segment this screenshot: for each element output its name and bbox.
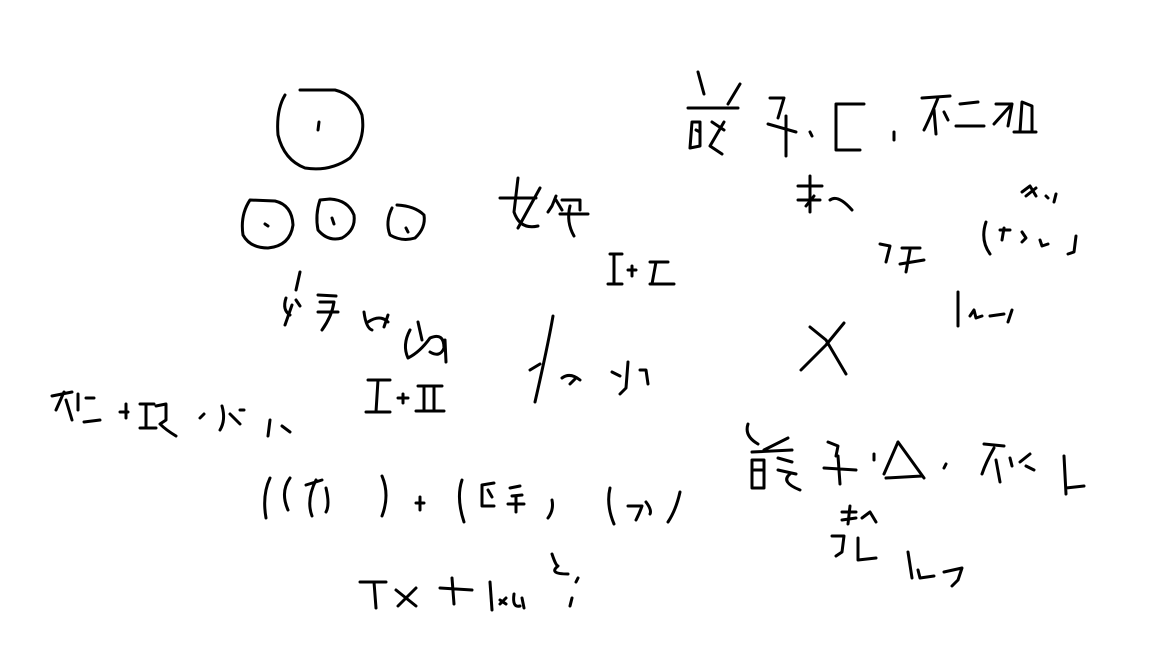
ink-group-right-title: handwritten: 酸子・F・不二雄 (approx.) [688, 72, 1036, 156]
ink-stroke [490, 582, 492, 610]
ink-stroke [1068, 236, 1076, 254]
ink-stroke [836, 104, 864, 150]
ink-stroke [830, 198, 852, 210]
ink-stroke [982, 444, 1012, 482]
ink-stroke [360, 582, 386, 608]
ink-stroke [318, 122, 319, 130]
ink-stroke [810, 132, 812, 136]
ink-stroke [862, 512, 876, 522]
ink-stroke [388, 205, 424, 239]
ink-stroke [628, 266, 636, 276]
ink-stroke [416, 497, 424, 510]
ink-stroke [832, 536, 844, 556]
ink-stroke [562, 375, 580, 384]
ink-stroke [396, 588, 416, 606]
ink-stroke [922, 96, 950, 134]
ink-stroke [500, 178, 540, 228]
ink-stroke [220, 406, 244, 430]
ink-group-right-title-2: handwritten: 酸子・A・不に上 (approx.) [747, 424, 1084, 494]
ink-stroke [798, 176, 822, 212]
ink-layer[interactable]: tree of circles: one large circle above … [0, 0, 1152, 648]
ink-stroke [508, 486, 524, 512]
ink-group-right-annotation: (ゴマし) with superscript 文い [984, 186, 1076, 254]
ink-stroke [1008, 310, 1012, 322]
ink-group-middle-formula: I + II [608, 254, 674, 284]
ink-group-circle-tree: tree of circles: one large circle above … [242, 90, 424, 248]
ink-group-right-bottom: 本人 フレ |レッ [832, 506, 962, 586]
ink-stroke [398, 394, 408, 403]
ink-stroke [944, 568, 962, 586]
ink-stroke [990, 314, 1004, 316]
ink-stroke [1040, 240, 1048, 246]
ink-stroke [560, 200, 588, 236]
ink-stroke [306, 480, 328, 516]
ink-stroke [332, 218, 334, 224]
ink-stroke [296, 272, 300, 290]
ink-group-right-mid-1: つま [880, 244, 924, 272]
ink-stroke [984, 222, 990, 254]
ink-stroke [405, 322, 446, 362]
ink-stroke [956, 102, 984, 126]
ink-stroke [120, 404, 128, 418]
ink-group-right-cross: × multiplication sign [801, 323, 846, 374]
ink-stroke [908, 552, 912, 578]
ink-group-right-mid-2: |2−1 [958, 292, 1012, 326]
ink-stroke [994, 102, 1036, 132]
ink-stroke [278, 90, 363, 169]
ink-stroke [317, 199, 354, 239]
ink-stroke [382, 476, 386, 516]
ink-stroke [824, 442, 856, 484]
ink-stroke [1000, 228, 1010, 240]
ink-stroke [810, 327, 846, 374]
ink-stroke [628, 502, 651, 520]
ink-stroke [284, 478, 290, 510]
ink-group-middle-expression: f × 3 (approx. 'f x じり') [530, 316, 648, 402]
ink-group-left-formula-1: I + II [366, 380, 444, 412]
ink-stroke [801, 323, 844, 370]
ink-stroke [1020, 454, 1034, 470]
ink-group-left-sentence: handwritten line: 水二十現みかん (approx.) [52, 392, 290, 436]
ink-stroke [285, 298, 300, 325]
ink-stroke [884, 442, 924, 478]
ink-stroke [880, 244, 890, 262]
ink-stroke [710, 122, 724, 154]
ink-stroke [78, 394, 100, 422]
ink-stroke [548, 196, 562, 212]
ink-stroke [548, 500, 553, 518]
ink-stroke [612, 362, 648, 394]
ink-stroke [366, 380, 390, 412]
ink-stroke [944, 464, 946, 468]
ink-stroke [200, 414, 204, 418]
ink-stroke [668, 492, 680, 522]
ink-stroke [1022, 186, 1036, 196]
ink-stroke [268, 420, 290, 436]
ink-stroke [265, 478, 270, 518]
ink-stroke [900, 248, 924, 272]
ink-stroke [608, 254, 622, 284]
ink-stroke [858, 538, 876, 560]
ink-stroke [265, 224, 268, 226]
ink-stroke [1064, 456, 1084, 494]
ink-stroke [530, 316, 553, 402]
ink-stroke [482, 483, 494, 506]
ink-group-left-word-1: handwritten: 緑やめ (approx.) [285, 272, 446, 362]
ink-group-left-formula-3: T × (十+1)x2 with superscript 2 [360, 554, 578, 610]
ink-stroke [500, 598, 506, 604]
ink-stroke [609, 488, 614, 524]
ink-stroke [570, 578, 578, 606]
ink-stroke [364, 312, 388, 330]
ink-stroke [1046, 194, 1056, 202]
ink-stroke [552, 554, 568, 574]
ink-stroke [747, 424, 792, 452]
ink-group-left-formula-2: (しずり) + (区字) (えし) [265, 476, 680, 524]
ink-stroke [406, 228, 408, 232]
ink-stroke [140, 404, 176, 436]
ink-stroke [752, 460, 764, 488]
ink-stroke [416, 386, 444, 411]
ink-group-middle-word: handwritten: 女的 (approx.) [500, 178, 588, 236]
ink-stroke [318, 295, 338, 330]
ink-group-right-subtitle: handwritten: 本人 [798, 176, 852, 212]
ink-stroke [459, 480, 464, 522]
ink-stroke [440, 578, 472, 604]
ink-stroke [778, 458, 800, 490]
ink-stroke [970, 310, 982, 318]
ink-stroke [514, 594, 524, 608]
drawing-canvas[interactable]: tree of circles: one large circle above … [0, 0, 1152, 648]
ink-stroke [650, 262, 674, 284]
ink-stroke [768, 98, 796, 156]
ink-stroke [688, 72, 740, 108]
ink-stroke [52, 392, 72, 420]
ink-stroke [842, 506, 856, 524]
ink-stroke [690, 122, 700, 148]
ink-stroke [1022, 232, 1026, 242]
ink-stroke [918, 570, 934, 578]
